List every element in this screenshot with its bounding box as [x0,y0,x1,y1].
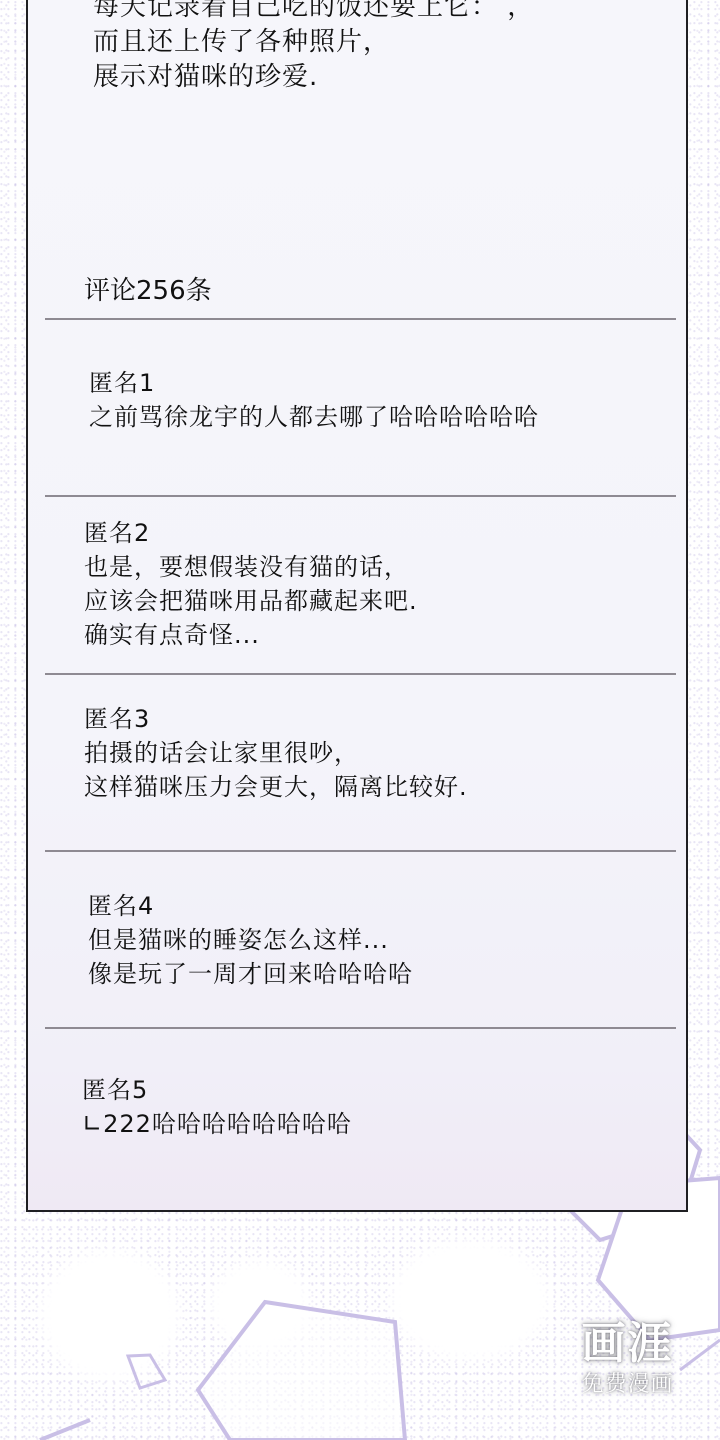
comment-text: 拍摄的话会让家里很吵， [84,736,468,770]
watermark-logo: 画涯 [565,1318,690,1370]
comment-text: 也是，要想假装没有猫的话， [84,550,418,584]
comment-item: 匿名5 ∟222哈哈哈哈哈哈哈哈 [82,1073,352,1141]
post-line: 展示对猫咪的珍爱. [93,60,534,95]
divider [45,495,676,497]
watermark-subtitle: 免费漫画 [565,1370,690,1400]
post-body: 每天记录着自己吃的饭还要上它： ， 而且还上传了各种照片， 展示对猫咪的珍爱. [93,0,534,95]
comment-text: 确实有点奇怪... [84,618,418,652]
comment-text: 这样猫咪压力会更大，隔离比较好. [84,770,468,804]
comment-text: 之前骂徐龙宇的人都去哪了哈哈哈哈哈哈 [89,400,539,434]
divider [45,318,676,320]
post-line: 而且还上传了各种照片， [93,25,534,60]
divider [45,673,676,675]
divider [45,1027,676,1029]
comment-item: 匿名2 也是，要想假装没有猫的话， 应该会把猫咪用品都藏起来吧. 确实有点奇怪.… [84,516,418,652]
comment-author[interactable]: 匿名5 [82,1073,352,1107]
comment-author[interactable]: 匿名1 [89,366,539,400]
comment-author[interactable]: 匿名3 [84,702,468,736]
watermark: 画涯 免费漫画 [565,1318,690,1400]
comment-text: 但是猫咪的睡姿怎么这样... [88,923,413,957]
divider [45,850,676,852]
post-line: 每天记录着自己吃的饭还要上它： ， [93,0,534,25]
comment-text: 应该会把猫咪用品都藏起来吧. [84,584,418,618]
comment-author[interactable]: 匿名4 [88,889,413,923]
comment-text: 像是玩了一周才回来哈哈哈哈 [88,957,413,991]
comment-item: 匿名1 之前骂徐龙宇的人都去哪了哈哈哈哈哈哈 [89,366,539,434]
comment-text: ∟222哈哈哈哈哈哈哈哈 [82,1107,352,1141]
comment-item: 匿名3 拍摄的话会让家里很吵， 这样猫咪压力会更大，隔离比较好. [84,702,468,804]
comment-count[interactable]: 评论256条 [84,270,212,307]
comment-author[interactable]: 匿名2 [84,516,418,550]
comment-item: 匿名4 但是猫咪的睡姿怎么这样... 像是玩了一周才回来哈哈哈哈 [88,889,413,991]
